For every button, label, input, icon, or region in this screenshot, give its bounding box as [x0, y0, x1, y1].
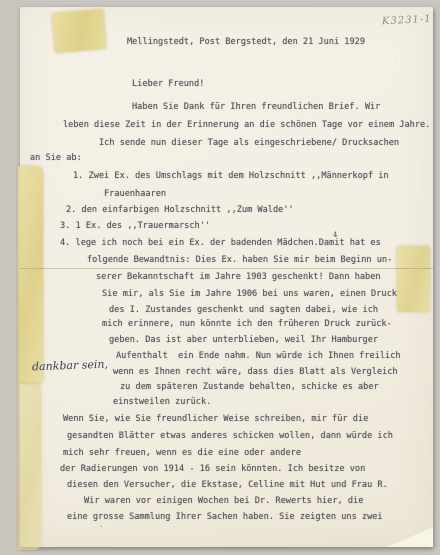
body-line: Haben Sie Dank für Ihren freundlichen Br…	[132, 102, 380, 112]
body-line: einstweilen zurück.	[113, 397, 211, 407]
body-line: Wenn Sie, wie Sie freundlicher Weise sch…	[63, 414, 368, 424]
pencil-mark: '	[100, 524, 102, 533]
body-line: eine grosse Sammlung Ihrer Sachen haben.…	[67, 512, 383, 522]
salutation: Lieber Freund!	[132, 79, 204, 89]
tape-right-edge	[397, 246, 430, 312]
tape-left-edge-upper	[18, 166, 43, 384]
tape-top-left	[51, 9, 106, 53]
tape-left-edge-lower	[18, 384, 41, 550]
body-line: des I. Zustandes geschenkt und sagten da…	[109, 305, 378, 315]
list-item-1: 1. Zwei Ex. des Umschlags mit dem Holzsc…	[73, 171, 389, 181]
body-line: geben. Das ist aber unterblieben, weil I…	[109, 335, 378, 345]
list-item-3: 3. 1 Ex. des ,,Trauermarsch''	[60, 221, 210, 231]
corner-fold	[387, 527, 433, 547]
fold-crease	[20, 268, 433, 269]
list-item-4: 4. lege ich noch bei ein Ex. der badende…	[60, 238, 381, 248]
body-line: mich sehr freuen, wenn es die eine oder …	[63, 448, 301, 458]
archive-number: K3231-1	[382, 14, 432, 28]
body-line: mich erinnere, nun könnte ich den früher…	[102, 319, 392, 329]
body-line: Aufenthalt ein Ende nahm. Nun würde ich …	[116, 351, 401, 361]
dateline: Mellingstedt, Post Bergstedt, den 21 Jun…	[127, 37, 365, 47]
body-line: Ich sende nun dieser Tage als eingeschri…	[99, 138, 399, 148]
marginal-note: dankbar sein,	[32, 358, 108, 374]
scanned-letter: K3231-1 Mellingstedt, Post Bergstedt, de…	[0, 0, 440, 555]
body-line: serer Bekanntschaft im Jahre 1903 gesche…	[96, 272, 381, 282]
body-line: Wir waren vor einigen Wochen bei Dr. Rew…	[84, 496, 363, 506]
body-line: gesandten Blätter etwas anderes schicken…	[67, 431, 393, 441]
body-line: Sie mir, als Sie im Jahre 1906 bei uns w…	[102, 289, 397, 299]
body-line: leben diese Zeit in der Erinnerung an di…	[63, 120, 430, 130]
list-item-1b: Frauenhaaren	[104, 189, 166, 199]
body-line: wenn es Ihnen recht wäre, dass dies Blat…	[113, 367, 398, 377]
body-line: zu dem späteren Zustande behalten, schic…	[120, 382, 379, 392]
letter-paper: K3231-1 Mellingstedt, Post Bergstedt, de…	[20, 7, 433, 547]
body-line: folgende Bewandtnis: Dies Ex. haben Sie …	[87, 255, 392, 265]
body-line: an Sie ab:	[30, 153, 82, 163]
list-item-2: 2. den einfarbigen Holzschnitt ,,Zum Wal…	[66, 205, 294, 215]
body-line: diesen den Versucher, die Ekstase, Celli…	[67, 480, 388, 490]
body-line: der Radierungen von 1914 - 16 sein könnt…	[60, 464, 365, 474]
